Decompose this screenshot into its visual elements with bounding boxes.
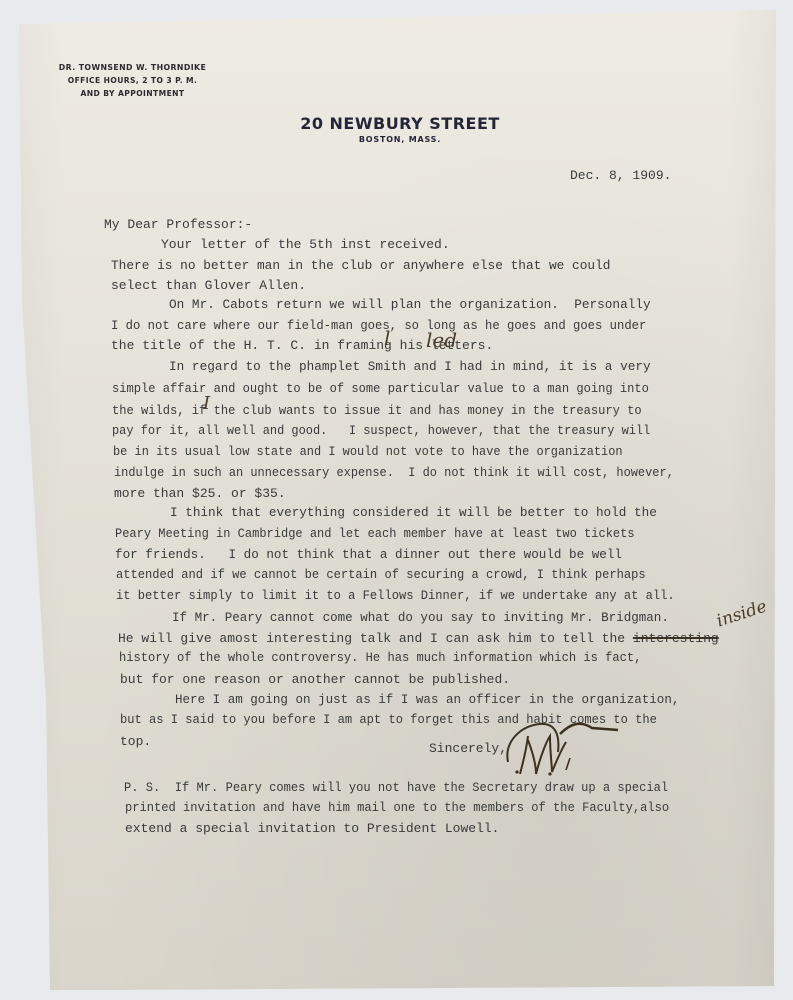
letterhead-doctor-info: DR. TOWNSEND W. THORNDIKE OFFICE HOURS, … (40, 61, 225, 100)
body-line: In regard to the phamplet Smith and I ha… (169, 359, 651, 375)
closing: Sincerely, (429, 741, 507, 757)
body-line: simple affair and ought to be of some pa… (112, 381, 649, 397)
body-line: but for one reason or another cannot be … (120, 672, 510, 688)
body-line-text: He will give amost interesting talk and … (118, 631, 633, 646)
letterhead-address: 20 NEWBURY STREET BOSTON, MASS. (280, 114, 520, 146)
body-line: He will give amost interesting talk and … (118, 631, 719, 647)
body-line: I think that everything considered it wi… (170, 505, 657, 521)
handwritten-insert-l: l (384, 326, 390, 350)
body-line: for friends. I do not think that a dinne… (115, 547, 622, 563)
body-line: pay for it, all well and good. I suspect… (112, 423, 650, 439)
body-line: more than $25. or $35. (114, 486, 286, 502)
postscript-line: P. S. If Mr. Peary comes will you not ha… (124, 780, 668, 796)
body-line: Here I am going on just as if I was an o… (175, 692, 679, 708)
postscript-line: printed invitation and have him mail one… (125, 800, 669, 816)
city-address: BOSTON, MASS. (280, 134, 520, 146)
body-line: On Mr. Cabots return we will plan the or… (169, 297, 651, 313)
body-line: history of the whole controversy. He has… (119, 650, 641, 666)
postscript-line: extend a special invitation to President… (125, 821, 499, 837)
handwritten-correction-led: led (426, 328, 457, 352)
body-line: the wilds, if the club wants to issue it… (112, 403, 642, 419)
street-address: 20 NEWBURY STREET (280, 114, 520, 134)
doctor-name: DR. TOWNSEND W. THORNDIKE (40, 61, 225, 74)
office-hours: OFFICE HOURS, 2 TO 3 P. M. (40, 74, 225, 87)
struck-word: interesting (633, 631, 719, 646)
body-line: be in its usual low state and I would no… (113, 444, 623, 460)
signature-initials-icon (500, 722, 630, 782)
body-line: If Mr. Peary cannot come what do you say… (172, 610, 669, 626)
body-line: Your letter of the 5th inst received. (161, 237, 450, 253)
handwritten-correction-i: I (203, 393, 210, 414)
body-line: I do not care where our field-man goes, … (111, 318, 646, 334)
body-line: select than Glover Allen. (111, 278, 306, 294)
body-line: it better simply to limit it to a Fellow… (116, 588, 675, 604)
body-line: indulge in such an unnecessary expense. … (114, 465, 674, 481)
letter-date: Dec. 8, 1909. (570, 168, 671, 184)
body-line: Peary Meeting in Cambridge and let each … (115, 526, 635, 542)
body-line: There is no better man in the club or an… (111, 258, 610, 274)
salutation: My Dear Professor:- (104, 217, 252, 233)
body-line: top. (120, 734, 151, 750)
appointment-note: AND BY APPOINTMENT (40, 87, 225, 100)
body-line: attended and if we cannot be certain of … (116, 567, 646, 583)
